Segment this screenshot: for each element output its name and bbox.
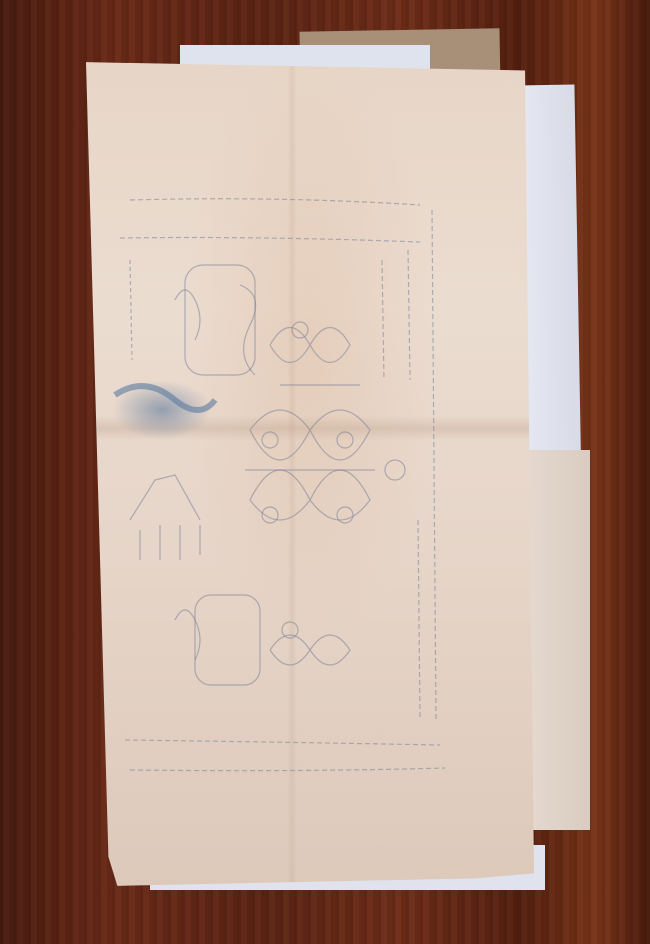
folded-cloth-manuscript [86, 58, 534, 890]
photo-scene: Folded cloth manuscript with faded hand-… [0, 0, 650, 944]
blue-ink-stain [112, 380, 212, 440]
image-caption: Folded cloth manuscript with faded hand-… [0, 0, 57, 1]
